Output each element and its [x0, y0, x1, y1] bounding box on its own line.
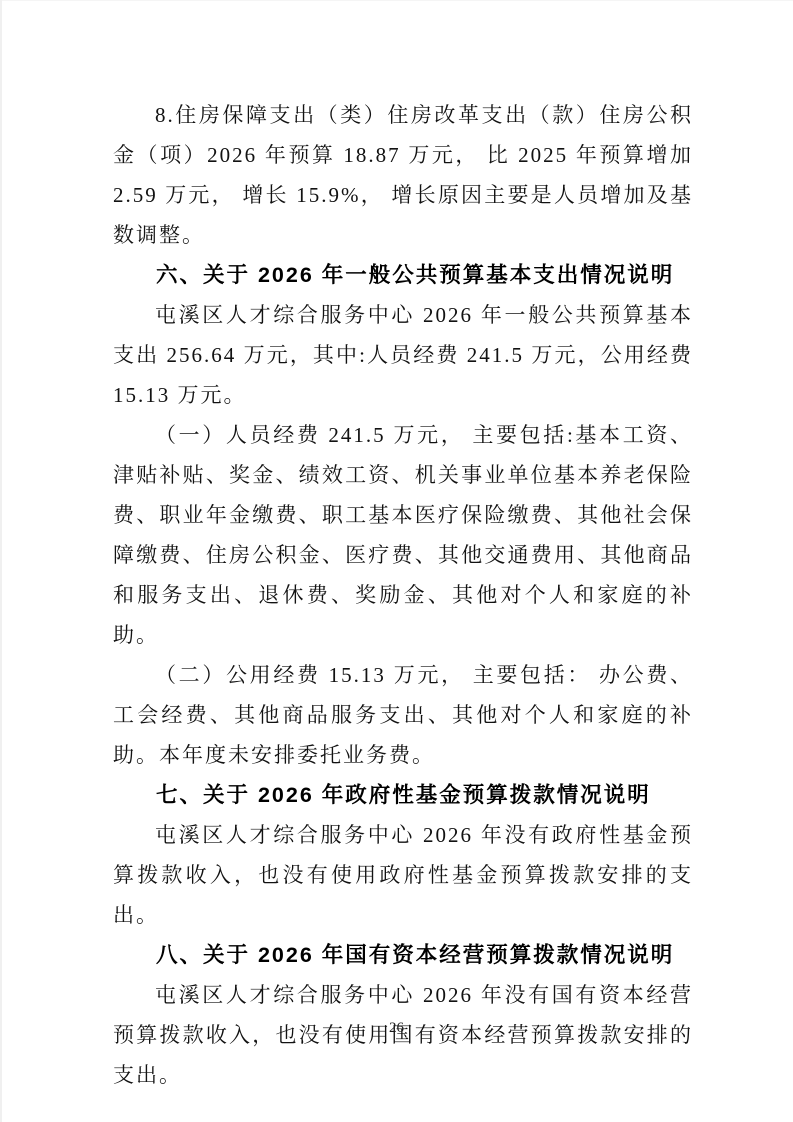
heading-section-8-state-capital-budget: 八、关于 2026 年国有资本经营预算拨款情况说明 — [113, 935, 693, 975]
document-body: 8.住房保障支出（类）住房改革支出（款）住房公积金（项）2026 年预算 18.… — [113, 95, 693, 1095]
heading-section-7-government-fund-budget: 七、关于 2026 年政府性基金预算拨款情况说明 — [113, 775, 693, 815]
heading-section-6-basic-expenditure: 六、关于 2026 年一般公共预算基本支出情况说明 — [113, 255, 693, 295]
paragraph-government-fund-statement: 屯溪区人才综合服务中心 2026 年没有政府性基金预算拨款收入，也没有使用政府性… — [113, 815, 693, 935]
page-number: 26 — [0, 1020, 793, 1037]
paragraph-housing-subsidy-expense: 8.住房保障支出（类）住房改革支出（款）住房公积金（项）2026 年预算 18.… — [113, 95, 693, 255]
paragraph-public-expense-detail: （二）公用经费 15.13 万元， 主要包括： 办公费、工会经费、其他商品服务支… — [113, 655, 693, 775]
document-page: 8.住房保障支出（类）住房改革支出（款）住房公积金（项）2026 年预算 18.… — [0, 0, 793, 1122]
paragraph-personnel-expense-detail: （一）人员经费 241.5 万元， 主要包括:基本工资、津贴补贴、奖金、绩效工资… — [113, 415, 693, 655]
paragraph-basic-expenditure-total: 屯溪区人才综合服务中心 2026 年一般公共预算基本支出 256.64 万元，其… — [113, 295, 693, 415]
